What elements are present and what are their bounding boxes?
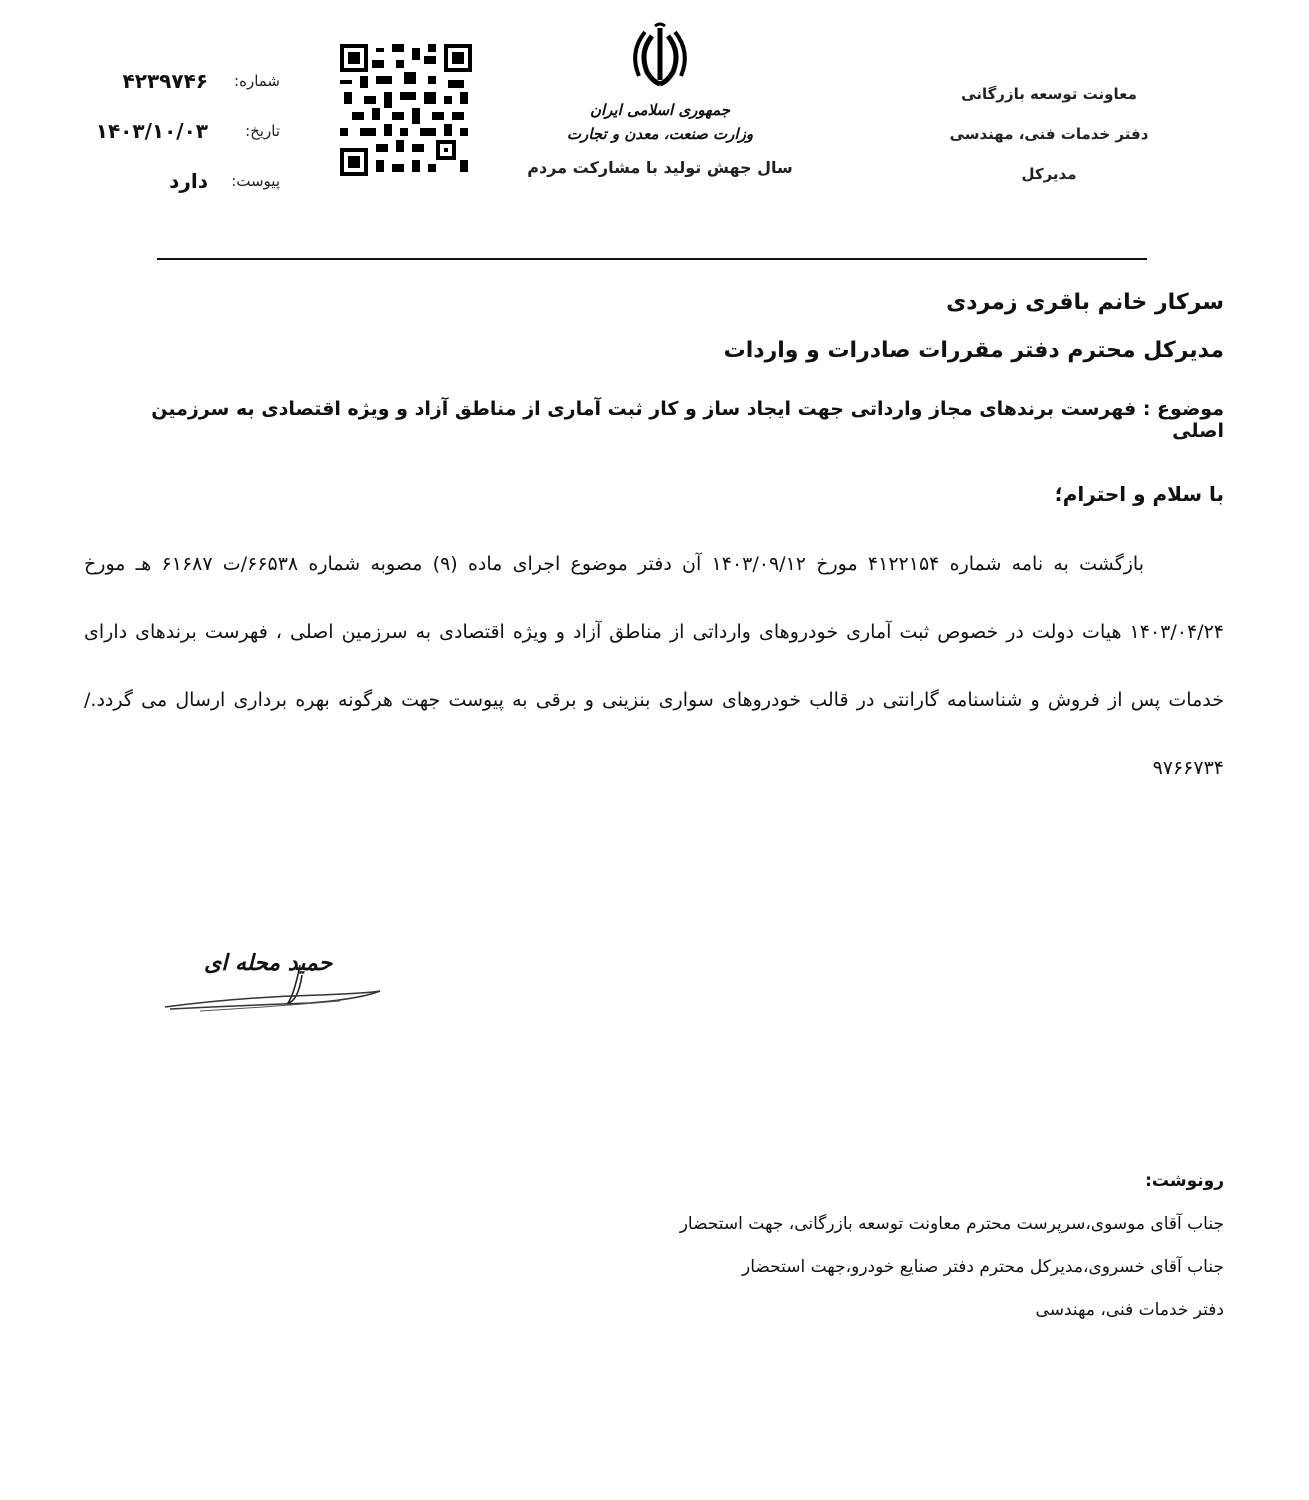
attachment-value: دارد [169, 169, 208, 193]
signature-scribble-icon [160, 945, 390, 1025]
letter-number-row: شماره: ۴۲۳۹۷۴۶ [90, 56, 280, 106]
ministry-name: وزارت صنعت، معدن و تجارت [520, 122, 800, 146]
cc-block: رونوشت: جناب آقای موسوی،سرپرست محترم معا… [680, 1160, 1224, 1332]
letter-number: ۴۲۳۹۷۴۶ [123, 69, 208, 93]
attachment-label: پیوست: [220, 172, 280, 190]
letter-subject: موضوع : فهرست برندهای مجاز وارداتی جهت ا… [124, 398, 1224, 442]
date-label: تاریخ: [220, 122, 280, 140]
attachment-row: پیوست: دارد [90, 156, 280, 206]
header-divider [157, 258, 1147, 260]
letter-date: ۱۴۰۳/۱۰/۰۳ [96, 119, 208, 143]
republic-name: جمهوری اسلامی ایران [520, 98, 800, 122]
body-paragraph: بازگشت به نامه شماره ۴۱۲۲۱۵۴ مورخ ۱۴۰۳/۰… [84, 530, 1224, 802]
sender-deputy: معاونت توسعه بازرگانی [939, 74, 1159, 114]
sender-org-block: معاونت توسعه بازرگانی دفتر خدمات فنی، مه… [939, 74, 1159, 194]
ministry-header: جمهوری اسلامی ایران وزارت صنعت، معدن و ت… [520, 22, 800, 177]
cc-item: جناب آقای خسروی،مدیرکل محترم دفتر صنایع … [680, 1246, 1224, 1289]
sender-office: دفتر خدمات فنی، مهندسی [939, 114, 1159, 154]
cc-item: جناب آقای موسوی،سرپرست محترم معاونت توسع… [680, 1203, 1224, 1246]
letter-meta: شماره: ۴۲۳۹۷۴۶ تاریخ: ۱۴۰۳/۱۰/۰۳ پیوست: … [90, 56, 280, 206]
greeting: با سلام و احترام؛ [1055, 482, 1224, 506]
signature-block: حمید محله ای [160, 945, 390, 1025]
iran-emblem-icon [625, 22, 695, 92]
letter-date-row: تاریخ: ۱۴۰۳/۱۰/۰۳ [90, 106, 280, 156]
cc-item: دفتر خدمات فنی، مهندسی [680, 1289, 1224, 1332]
letter-body: بازگشت به نامه شماره ۴۱۲۲۱۵۴ مورخ ۱۴۰۳/۰… [84, 530, 1224, 802]
number-label: شماره: [220, 72, 280, 90]
recipient-name: سرکار خانم باقری زمردی [946, 290, 1224, 315]
qr-code-icon [340, 44, 472, 176]
year-slogan: سال جهش تولید با مشارکت مردم [520, 158, 800, 177]
cc-title: رونوشت: [680, 1160, 1224, 1203]
recipient-title: مدیرکل محترم دفتر مقررات صادرات و واردات [724, 338, 1224, 363]
sender-role: مدیرکل [939, 154, 1159, 194]
